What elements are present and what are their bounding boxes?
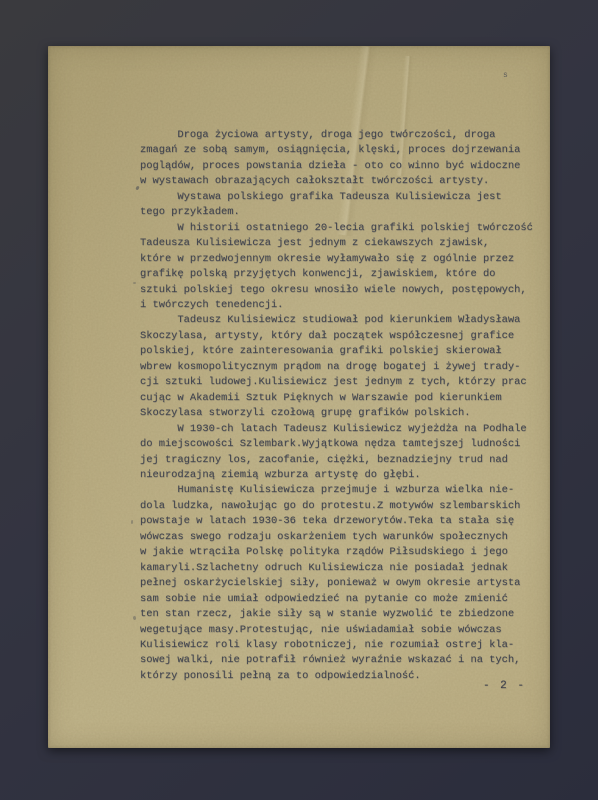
paragraph-1: Droga życiowa artysty, droga jego twórcz… xyxy=(140,128,552,190)
typewritten-text: Droga życiowa artysty, droga jego twórcz… xyxy=(140,128,552,684)
smudge-mark: s xyxy=(503,71,508,80)
paragraph-3: W historii ostatniego 20-lecia grafiki p… xyxy=(140,221,552,314)
paragraph-4: Tadeusz Kulisiewicz studiował pod kierun… xyxy=(140,313,552,421)
paragraph-2: Wystawa polskiego grafika Tadeusza Kulis… xyxy=(140,190,552,221)
ink-speck xyxy=(133,282,136,284)
paragraph-5: W 1930-ch latach Tadeusz Kulisiewicz wyj… xyxy=(140,422,552,484)
paragraph-6: Humanistę Kulisiewicza przejmuje i wzbur… xyxy=(140,483,552,684)
ink-speck xyxy=(131,520,133,524)
ink-speck xyxy=(135,186,139,191)
ink-speck xyxy=(133,616,137,621)
page-number: - 2 - xyxy=(483,680,526,692)
document-page: s Droga życiowa artysty, droga jego twór… xyxy=(48,46,550,748)
scan-background: s Droga życiowa artysty, droga jego twór… xyxy=(0,0,598,800)
